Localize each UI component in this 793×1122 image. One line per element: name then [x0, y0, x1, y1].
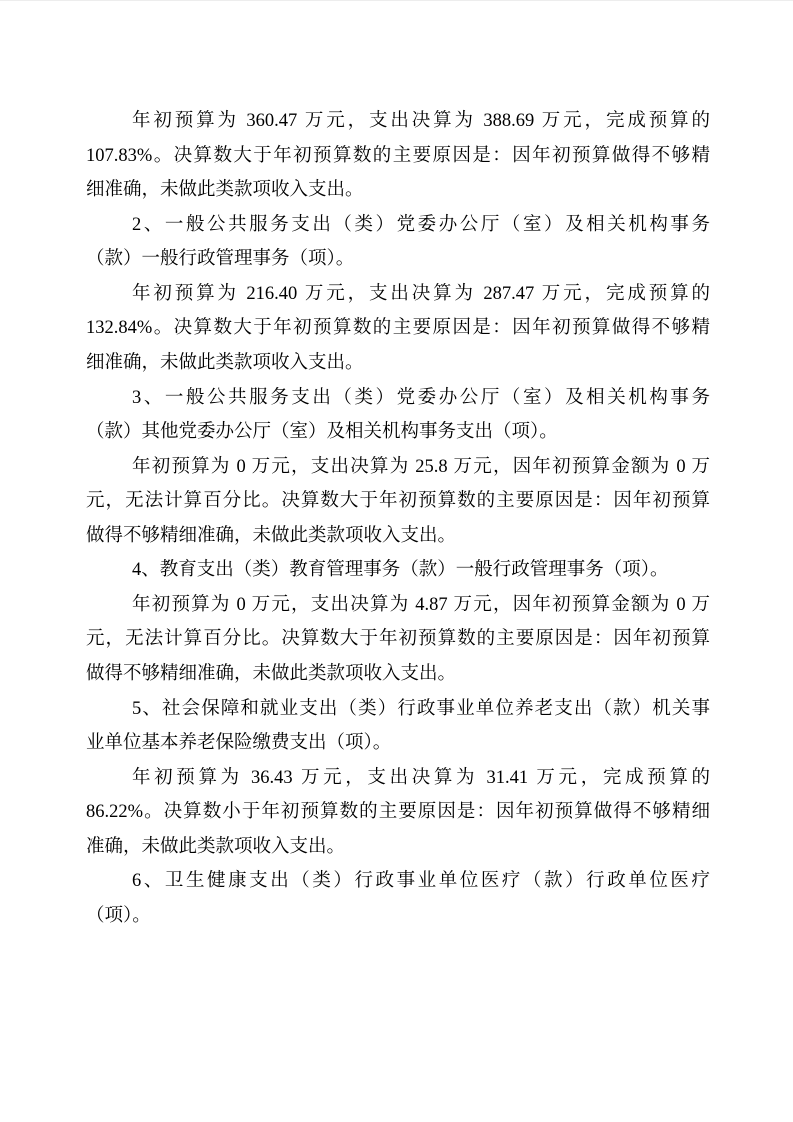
text-line: 元，无法计算百分比。决算数大于年初预算数的主要原因是：因年初预算: [86, 484, 710, 519]
paragraph-10: 6、卫生健康支出（类）行政事业单位医疗（款）行政单位医疗 （项）。: [86, 864, 710, 933]
paragraph-3: 年初预算为 216.40 万元，支出决算为 287.47 万元，完成预算的 13…: [86, 277, 710, 381]
text-line: 准确，未做此类款项收入支出。: [86, 830, 710, 865]
document-page: 年初预算为 360.47 万元，支出决算为 388.69 万元，完成预算的 10…: [0, 0, 793, 1122]
text-line: 做得不够精细准确，未做此类款项收入支出。: [86, 657, 710, 692]
text-line: 细准确，未做此类款项收入支出。: [86, 173, 710, 208]
paragraph-1: 年初预算为 360.47 万元，支出决算为 388.69 万元，完成预算的 10…: [86, 104, 710, 208]
text-line: 2、一般公共服务支出（类）党委办公厅（室）及相关机构事务: [86, 208, 710, 243]
text-line: 细准确，未做此类款项收入支出。: [86, 346, 710, 381]
text-line: （项）。: [86, 899, 710, 934]
text-line: 132.84%。决算数大于年初预算数的主要原因是：因年初预算做得不够精: [86, 311, 710, 346]
text-line: 业单位基本养老保险缴费支出（项）。: [86, 726, 710, 761]
paragraph-7: 年初预算为 0 万元，支出决算为 4.87 万元，因年初预算金额为 0 万 元，…: [86, 588, 710, 692]
paragraph-4: 3、一般公共服务支出（类）党委办公厅（室）及相关机构事务 （款）其他党委办公厅（…: [86, 381, 710, 450]
text-line: 元，无法计算百分比。决算数大于年初预算数的主要原因是：因年初预算: [86, 622, 710, 657]
text-line: 年初预算为 36.43 万元，支出决算为 31.41 万元，完成预算的: [86, 761, 710, 796]
paragraph-5: 年初预算为 0 万元，支出决算为 25.8 万元，因年初预算金额为 0 万 元，…: [86, 450, 710, 554]
text-line: 年初预算为 360.47 万元，支出决算为 388.69 万元，完成预算的: [86, 104, 710, 139]
paragraph-9: 年初预算为 36.43 万元，支出决算为 31.41 万元，完成预算的 86.2…: [86, 761, 710, 865]
paragraph-2: 2、一般公共服务支出（类）党委办公厅（室）及相关机构事务 （款）一般行政管理事务…: [86, 208, 710, 277]
text-line: 做得不够精细准确，未做此类款项收入支出。: [86, 519, 710, 554]
text-line: 5、社会保障和就业支出（类）行政事业单位养老支出（款）机关事: [86, 692, 710, 727]
paragraph-8: 5、社会保障和就业支出（类）行政事业单位养老支出（款）机关事 业单位基本养老保险…: [86, 692, 710, 761]
text-line: 6、卫生健康支出（类）行政事业单位医疗（款）行政单位医疗: [86, 864, 710, 899]
text-line: 年初预算为 0 万元，支出决算为 25.8 万元，因年初预算金额为 0 万: [86, 450, 710, 485]
text-line: 年初预算为 216.40 万元，支出决算为 287.47 万元，完成预算的: [86, 277, 710, 312]
text-line: 4、教育支出（类）教育管理事务（款）一般行政管理事务（项）。: [86, 553, 710, 588]
text-line: 86.22%。决算数小于年初预算数的主要原因是：因年初预算做得不够精细: [86, 795, 710, 830]
text-line: 107.83%。决算数大于年初预算数的主要原因是：因年初预算做得不够精: [86, 139, 710, 174]
text-line: （款）其他党委办公厅（室）及相关机构事务支出（项）。: [86, 415, 710, 450]
text-line: 年初预算为 0 万元，支出决算为 4.87 万元，因年初预算金额为 0 万: [86, 588, 710, 623]
document-body: 年初预算为 360.47 万元，支出决算为 388.69 万元，完成预算的 10…: [86, 104, 710, 934]
text-line: （款）一般行政管理事务（项）。: [86, 242, 710, 277]
text-line: 3、一般公共服务支出（类）党委办公厅（室）及相关机构事务: [86, 381, 710, 416]
paragraph-6: 4、教育支出（类）教育管理事务（款）一般行政管理事务（项）。: [86, 553, 710, 588]
